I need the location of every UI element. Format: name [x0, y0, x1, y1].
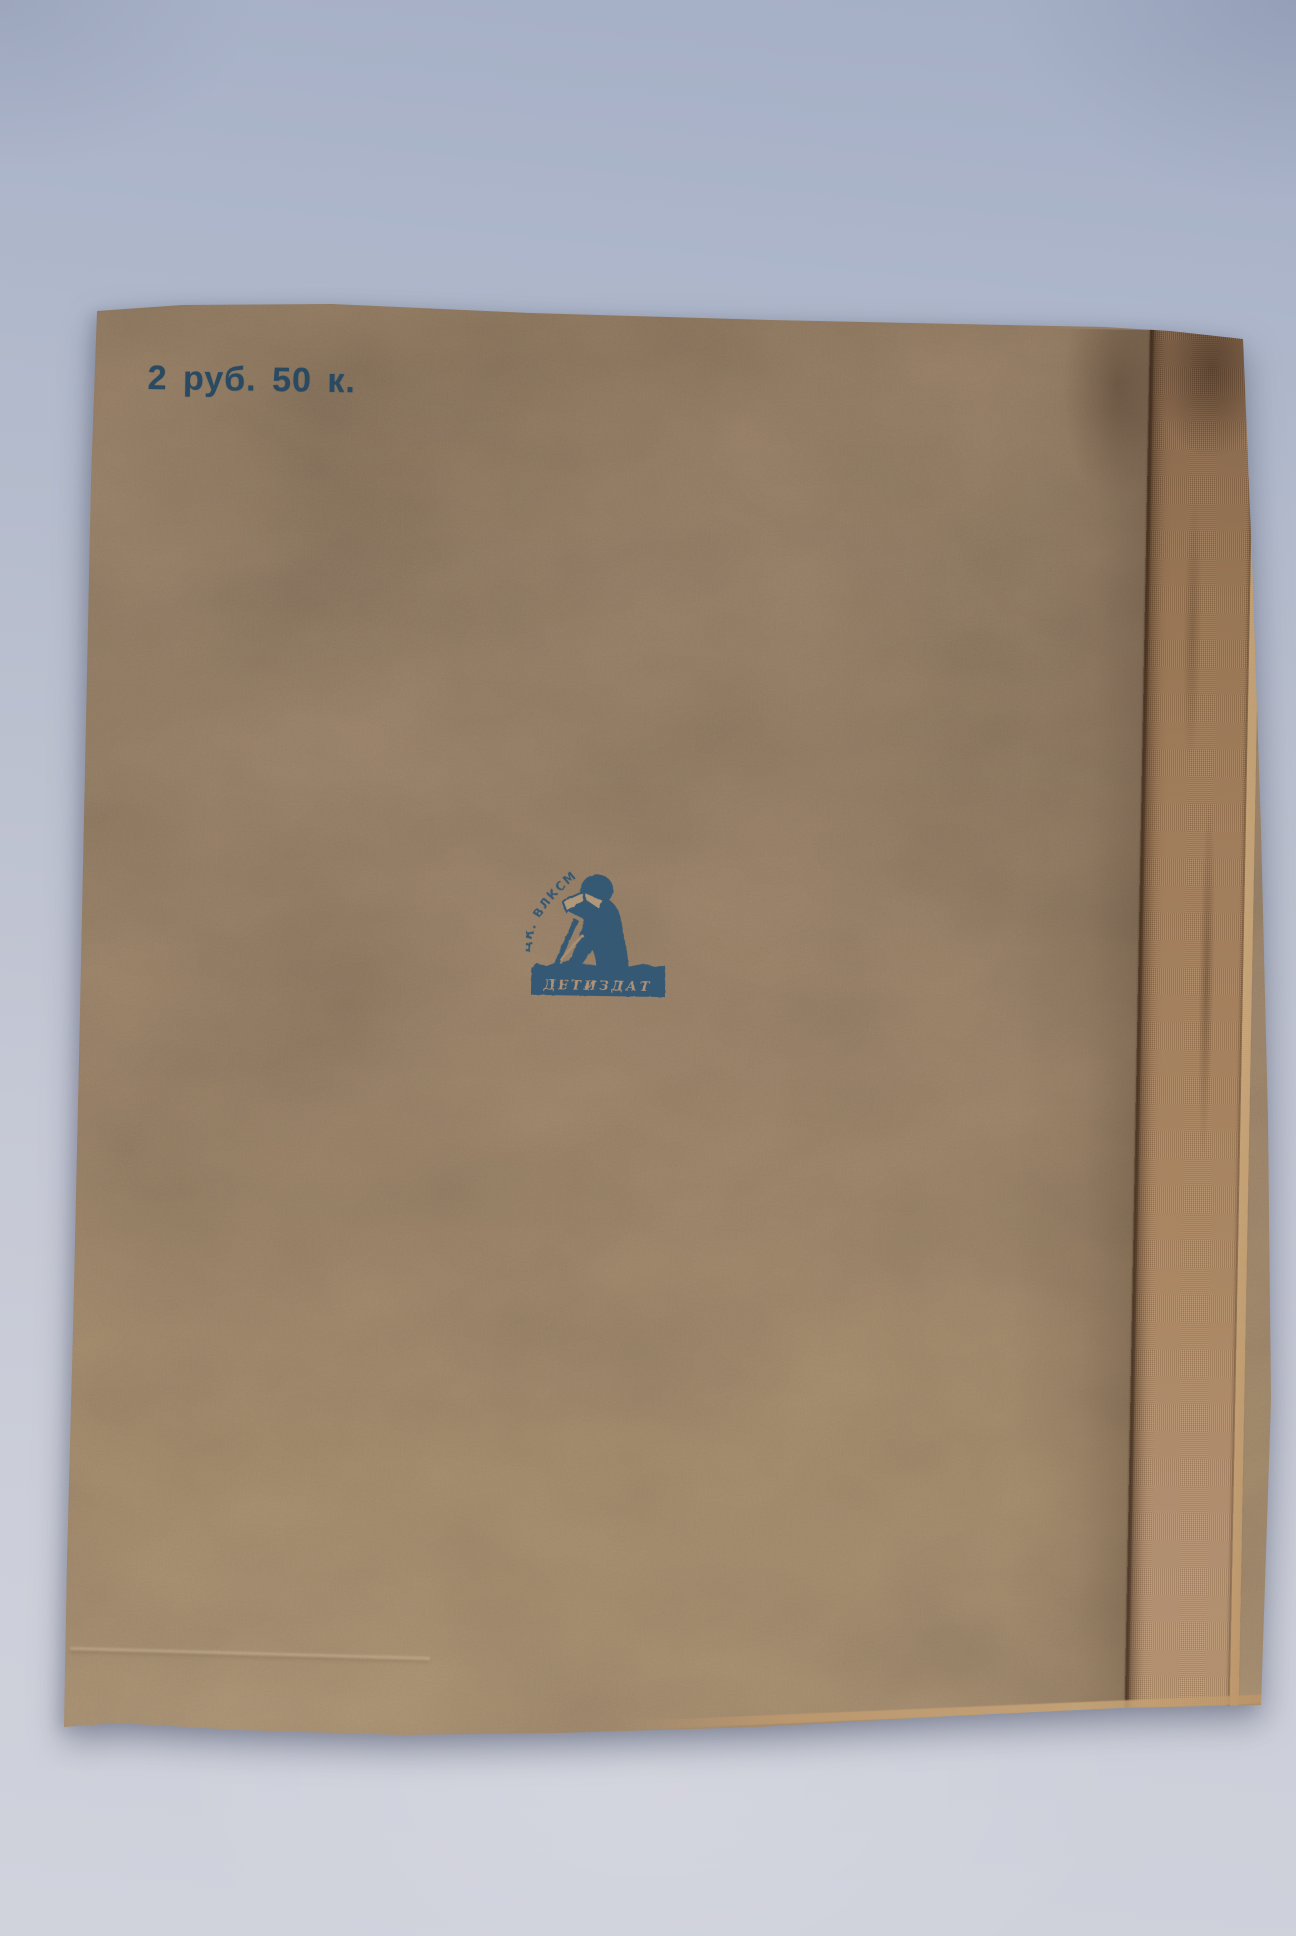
book-back-cover: 2 руб. 50 к. ЦК. ВЛКСМ [0, 0, 1296, 1936]
price-label: 2 руб. 50 к. [147, 356, 356, 403]
page-edges [630, 1694, 1270, 1730]
cloth-spine [1125, 326, 1264, 1714]
publisher-stamp: ЦК. ВЛКСМ [525, 867, 677, 1002]
book-shadow: 2 руб. 50 к. ЦК. ВЛКСМ [0, 0, 1296, 1936]
stamp-publisher-text: ДЕТИЗДАТ [543, 978, 653, 995]
cover-crease [70, 1647, 430, 1660]
photo-backdrop: 2 руб. 50 к. ЦК. ВЛКСМ [0, 0, 1296, 1936]
